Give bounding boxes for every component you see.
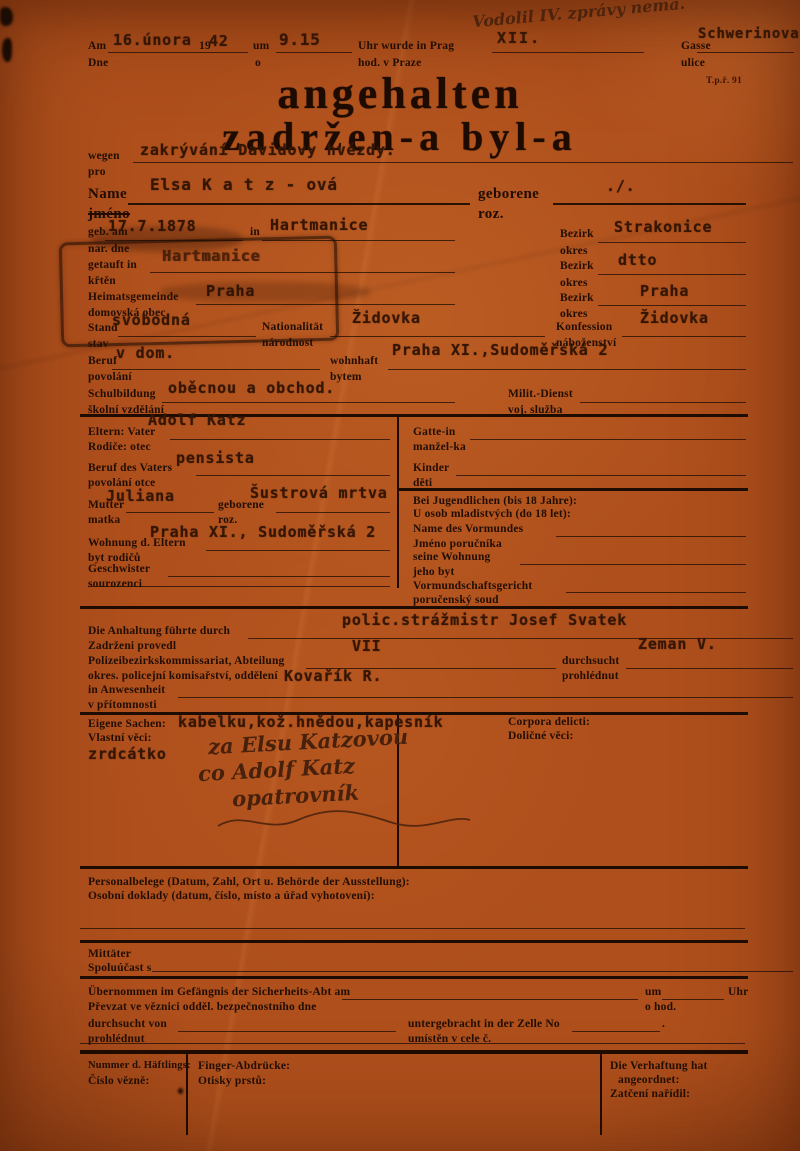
field-residence-value: Praha XI.,Sudoměřská 2: [392, 342, 608, 359]
label-vormund-wohnung-cs: jeho byt: [413, 566, 455, 579]
label-povolani: povolání: [88, 371, 132, 384]
rule: [126, 512, 214, 513]
rule: [88, 586, 390, 587]
label-personalbelege-de: Personalbelege (Datum, Zahl, Ort u. Behö…: [88, 876, 410, 889]
field-baptism-district-value: dtto: [618, 252, 657, 269]
section-rule: [80, 940, 748, 943]
label-okres-1: okres: [560, 245, 588, 258]
label-durchsucht-1: durchsucht: [562, 655, 619, 668]
field-district-value: XII.: [497, 30, 541, 47]
field-detained-by-value: polic.strážmistr Josef Svatek: [342, 612, 627, 629]
rule: [80, 928, 745, 929]
rule: [520, 564, 746, 565]
rule: [342, 999, 638, 1000]
field-belongings-value-2: zrdcátko: [88, 746, 167, 763]
label-personalbelege-cs: Osobní doklady (datum, číslo, místo a úř…: [88, 890, 375, 903]
label-fingerabdruecke-de: Finger-Abdrücke:: [198, 1060, 290, 1073]
rule: [118, 336, 256, 337]
label-anwesenheit-cs: v přítomnosti: [88, 699, 157, 712]
label-konfession: Konfession: [556, 321, 612, 334]
label-milit-dienst: Milit.-Dienst: [508, 388, 573, 401]
label-uebernommen-de: Übernommen im Gefängnis der Sicherheits-…: [88, 986, 350, 999]
label-schulbildung: Schulbildung: [88, 388, 156, 401]
label-anhaltung-de: Die Anhaltung führte durch: [88, 625, 230, 638]
label-uhr-2: Uhr: [728, 986, 748, 999]
label-gattin: Gatte-in: [413, 426, 455, 439]
label-prevzat-cs: Převzat ve věznici odděl. bezpečnostního…: [88, 1001, 317, 1014]
label-anwesenheit-de: in Anwesenheit: [88, 684, 165, 697]
label-eigene-sachen: Eigene Sachen:: [88, 718, 166, 731]
rule: [572, 1031, 660, 1032]
field-maiden-value: ./.: [606, 178, 636, 195]
form-title-czech: zadržen-a byl-a: [0, 117, 800, 157]
field-name-value: Elsa K a t z - ová: [150, 176, 338, 194]
label-o: o: [255, 57, 261, 70]
field-presence-value: Kovařík R.: [284, 668, 382, 685]
field-occupation-value: v dom.: [116, 345, 175, 362]
label-okres-3: okres: [560, 308, 588, 321]
field-searched-by-value: Zeman V.: [638, 636, 717, 653]
label-sourozenci: sourozenci: [88, 578, 142, 591]
label-bezirk-3: Bezirk: [560, 292, 594, 305]
rule: [580, 402, 746, 403]
label-verhaftung-de-1: Die Verhaftung hat: [610, 1060, 708, 1073]
label-verhaftung-de-2: angeordnet:: [618, 1074, 680, 1087]
paper-edge-mark: [2, 38, 12, 62]
label-haeftling-nr-cs: Číslo vězně:: [88, 1075, 149, 1088]
juvenile-box-rule: [397, 488, 748, 491]
form-number: T.p.ř. 91: [706, 76, 742, 86]
field-confession-value: Židovka: [640, 310, 709, 327]
label-narodnost: národnost: [262, 337, 313, 350]
label-jugendliche-de: Bei Jugendlichen (bis 18 Jahre):: [413, 495, 577, 508]
label-verhaftung-cs: Zatčení nařídil:: [610, 1088, 690, 1101]
label-kinder: Kinder: [413, 462, 449, 475]
label-kommissariat-de: Polizeibezirkskommissariat, Abteilung: [88, 655, 285, 668]
label-prohlednut-1: prohlédnut: [562, 670, 619, 683]
label-zelle-de: untergebracht in der Zelle No: [408, 1018, 560, 1031]
field-father-value: Adolf Katz: [148, 412, 246, 429]
field-birthplace-value: Hartmanice: [270, 217, 368, 234]
label-haeftling-nr-de: Nummer d. Häftlings:: [88, 1060, 191, 1072]
rule: [178, 697, 793, 698]
table-top-rule: [80, 1050, 748, 1054]
label-rodice-otec: Rodiče: otec: [88, 441, 151, 454]
rule: [128, 203, 470, 205]
rule: [553, 203, 746, 205]
rule: [168, 576, 390, 577]
label-spoluucast: Spoluúčast s: [88, 962, 151, 975]
field-date-value: 16.února: [113, 32, 192, 49]
rule: [162, 402, 455, 403]
label-ulice: ulice: [681, 57, 705, 70]
field-time-value: 9.15: [279, 31, 321, 49]
label-vlastni-veci: Vlastní věci:: [88, 732, 152, 745]
label-beruf: Beruf: [88, 355, 117, 368]
label-wohnung-eltern: Wohnung d. Eltern: [88, 537, 186, 550]
rule: [388, 369, 746, 370]
label-mittaeter: Mittäter: [88, 948, 131, 961]
label-matka: matka: [88, 514, 120, 527]
label-zelle-dot: .: [662, 1018, 665, 1031]
label-am: Am: [88, 40, 106, 53]
rule: [108, 52, 248, 53]
label-vormund-de: Name des Vormundes: [413, 523, 523, 536]
rule: [456, 475, 746, 476]
label-vormundschaftsgericht: Vormundschaftsgericht: [413, 580, 532, 593]
label-vormund-cs: Jméno poručníka: [413, 538, 502, 551]
label-uhr-wurde: Uhr wurde in Prag: [358, 40, 454, 53]
rule: [566, 592, 746, 593]
label-wohnhaft: wohnhaft: [330, 355, 378, 368]
rule: [330, 336, 545, 337]
handwritten-line-3: opatrovník: [231, 781, 359, 811]
label-dne: Dne: [88, 57, 108, 70]
label-corpora-delicti: Corpora delicti:: [508, 716, 590, 729]
section-rule: [80, 976, 748, 979]
rule: [470, 439, 746, 440]
table-divider-2: [600, 1053, 602, 1135]
field-education-value: oběcnou a obchod.: [168, 380, 335, 397]
section-rule: [80, 606, 748, 609]
field-mother-maiden-value: Šustrová mrtva: [250, 485, 388, 502]
label-geborene-2: geborene: [218, 499, 264, 512]
handwriting-flourish: [214, 808, 474, 836]
field-home-district-value: Praha: [640, 283, 689, 300]
field-status-value: svobodná: [112, 312, 191, 329]
label-anhaltung-cs: Zadrženi provedl: [88, 640, 176, 653]
rule: [206, 550, 390, 551]
rule: [80, 1043, 745, 1044]
label-durchsucht-von: durchsucht von: [88, 1018, 167, 1031]
label-beruf-des-vaters: Beruf des Vaters: [88, 462, 172, 475]
label-fingerabdruecke-cs: Otisky prstů:: [198, 1075, 266, 1088]
form-title-german: angehalten: [0, 72, 800, 116]
rule: [556, 536, 746, 537]
rule: [170, 439, 390, 440]
column-divider: [397, 417, 399, 588]
field-year-value: 42: [209, 33, 229, 50]
rule: [492, 52, 644, 53]
label-o-hod: o hod.: [645, 1001, 676, 1014]
label-roz-cs: roz.: [478, 206, 504, 223]
label-eltern-vater: Eltern: Vater: [88, 426, 155, 439]
label-mutter: Mutter: [88, 499, 124, 512]
label-um-2: um: [645, 986, 661, 999]
rule: [662, 999, 724, 1000]
label-bezirk-2: Bezirk: [560, 260, 594, 273]
field-birth-district-value: Strakonice: [614, 219, 712, 236]
ink-dot: [178, 1088, 183, 1094]
label-vormund-wohnung-de: seine Wohnung: [413, 551, 491, 564]
paper-edge-mark: [0, 7, 13, 26]
rule: [178, 1031, 396, 1032]
rule: [112, 369, 320, 370]
field-office-value: VII: [352, 638, 382, 655]
label-manzelka: manžel-ka: [413, 441, 466, 454]
label-bezirk-1: Bezirk: [560, 228, 594, 241]
label-dolicne-veci: Doličné věci:: [508, 730, 574, 743]
label-geschwister: Geschwister: [88, 563, 150, 576]
label-stav: stav: [88, 338, 109, 351]
label-jugendliche-cs: U osob mladistvých (do 18 let):: [413, 508, 571, 521]
rule: [133, 162, 793, 163]
section-rule: [80, 866, 748, 869]
label-um: um: [253, 40, 269, 53]
label-nationalitaet: Nationalität: [262, 321, 323, 334]
rule: [697, 52, 794, 53]
label-geborene-de: geborene: [478, 186, 539, 203]
field-street-value: Schwerinova: [698, 27, 800, 42]
label-wegen: wegen: [88, 150, 120, 163]
rule: [622, 336, 746, 337]
rule: [598, 274, 746, 275]
rule: [276, 52, 352, 53]
label-porucensky-soud: poručenský soud: [413, 594, 499, 607]
label-hod: hod. v Praze: [358, 57, 421, 70]
arrest-form-document: Vodolil IV. zprávy nemá. Am 16.února 19 …: [0, 0, 800, 1151]
field-reason-value: zakrývání Davidovy hvězdy.: [140, 142, 396, 159]
label-okres-2: okres: [560, 277, 588, 290]
label-name-de: Name: [88, 186, 127, 203]
rule: [276, 512, 390, 513]
rule: [598, 305, 746, 306]
rule: [626, 668, 793, 669]
field-nationality-value: Židovka: [352, 310, 421, 327]
handwritten-note: Vodolil IV. zprávy nemá.: [472, 0, 686, 31]
label-pro: pro: [88, 166, 106, 179]
rule: [598, 242, 746, 243]
label-kommissariat-cs: okres. policejní komisařství, oddělení: [88, 670, 278, 683]
rule: [152, 971, 793, 972]
rule: [196, 475, 390, 476]
field-father-job-value: pensista: [176, 450, 255, 467]
